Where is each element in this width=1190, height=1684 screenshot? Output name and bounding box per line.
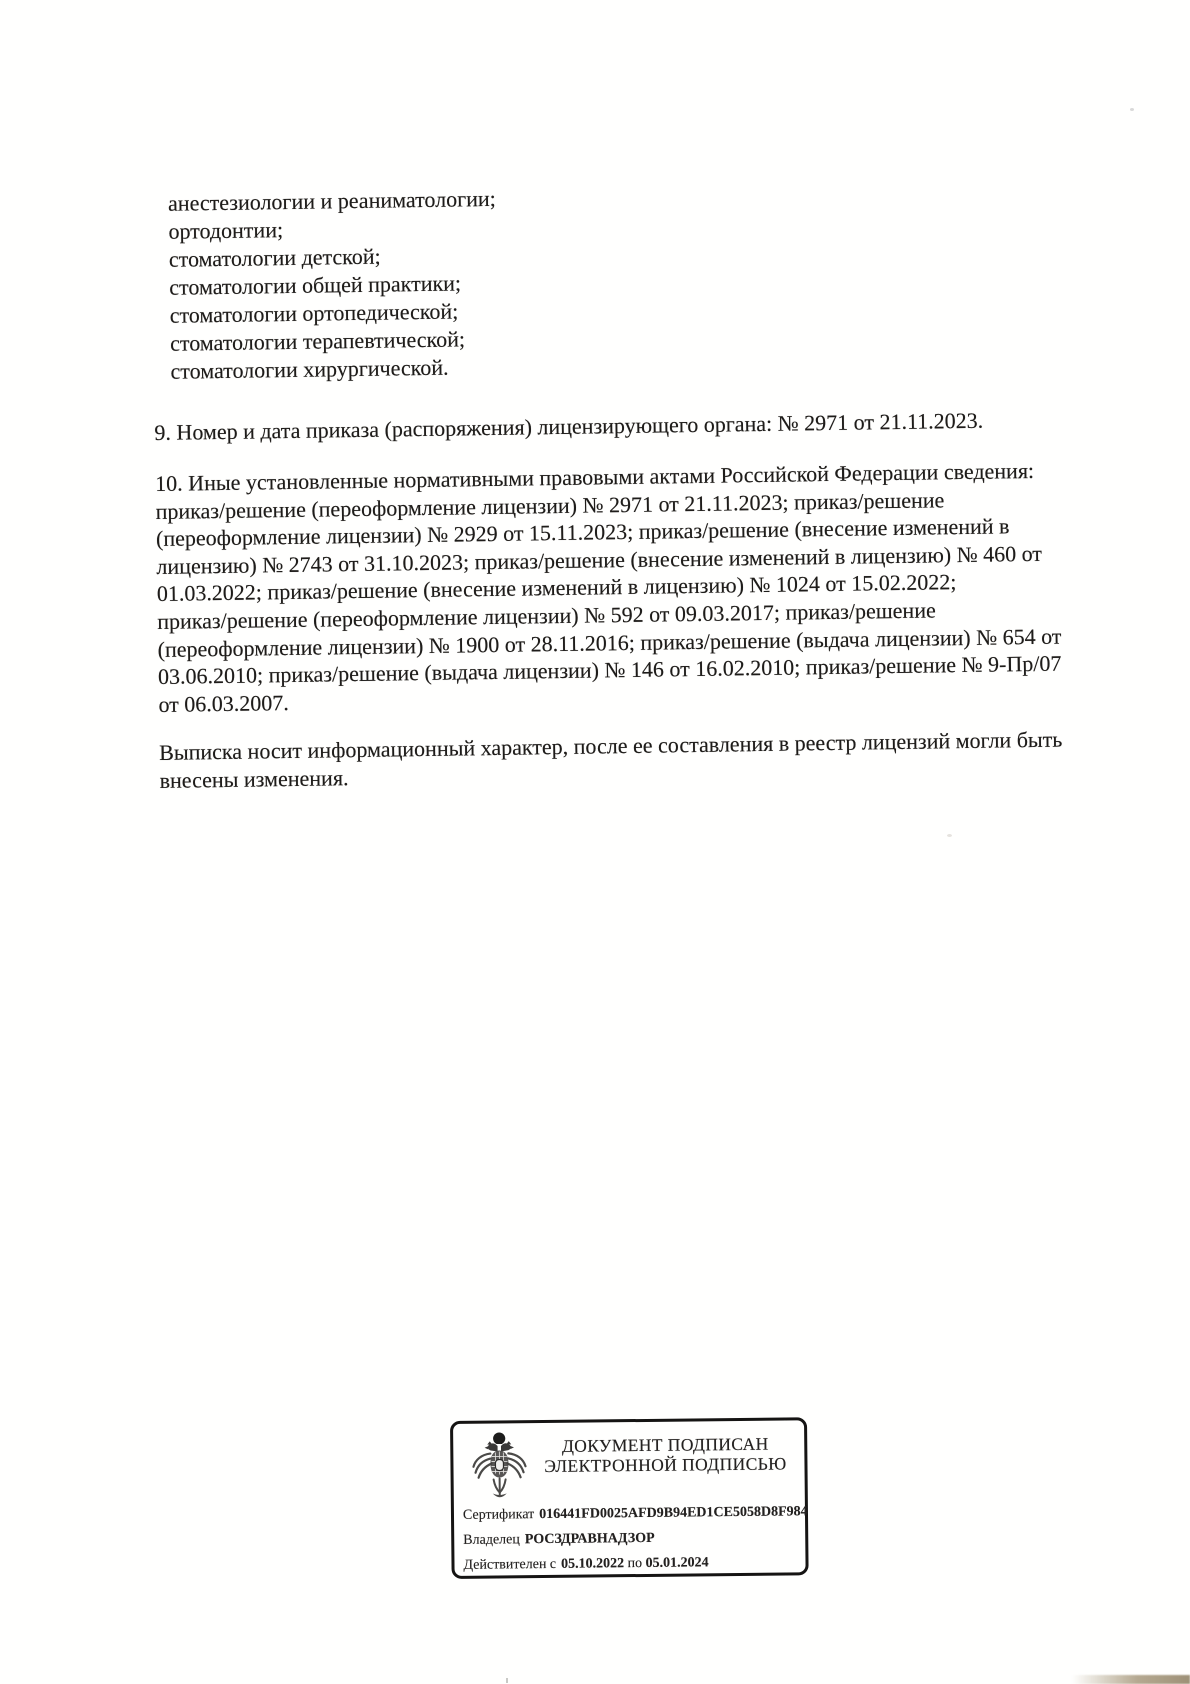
validity-middle: по <box>628 1556 643 1571</box>
certificate-label: Сертификат <box>463 1507 534 1523</box>
specialty-item: стоматологии хирургической. <box>170 353 498 386</box>
specialty-item: анестезиологии и реаниматологии; <box>168 185 496 218</box>
owner-value: РОСЗДРАВНАДЗОР <box>525 1531 655 1547</box>
clause-9-order-number: 9. Номер и дата приказа (распоряжения) л… <box>154 407 983 447</box>
stamp-info: Сертификат016441FD0025AFD9B94ED1CE5058D8… <box>463 1499 802 1578</box>
valid-to-date: 05.01.2024 <box>646 1556 709 1572</box>
clause-10-other-info: 10. Иные установленные нормативными прав… <box>155 457 1062 719</box>
scanned-license-extract-page: анестезиологии и реаниматологии;ортодонт… <box>0 0 1190 1684</box>
stamp-title-line-2: ЭЛЕКТРОННОЙ ПОДПИСЬЮ <box>531 1454 799 1476</box>
scan-smudge <box>1072 1675 1190 1684</box>
scan-speck <box>1130 108 1134 111</box>
coat-of-arms-icon <box>470 1431 529 1502</box>
validity-line: Действителен с05.10.2022 по 05.01.2024 <box>463 1550 801 1579</box>
owner-line: ВладелецРОСЗДРАВНАДЗОР <box>463 1525 801 1554</box>
scan-tick <box>506 1678 508 1683</box>
valid-from-date: 05.10.2022 <box>561 1557 624 1573</box>
informational-note: Выписка носит информационный характер, п… <box>159 726 1063 795</box>
digital-signature-stamp: ДОКУМЕНТ ПОДПИСАН ЭЛЕКТРОННОЙ ПОДПИСЬЮ С… <box>450 1417 809 1579</box>
specialty-item: стоматологии терапевтической; <box>170 325 498 358</box>
validity-prefix: Действителен с <box>463 1557 556 1573</box>
scan-speck <box>947 834 952 837</box>
stamp-title: ДОКУМЕНТ ПОДПИСАН ЭЛЕКТРОННОЙ ПОДПИСЬЮ <box>531 1434 799 1476</box>
certificate-value: 016441FD0025AFD9B94ED1CE5058D8F984 <box>539 1504 807 1522</box>
specialties-list: анестезиологии и реаниматологии;ортодонт… <box>168 185 499 386</box>
owner-label: Владелец <box>463 1532 520 1548</box>
certificate-line: Сертификат016441FD0025AFD9B94ED1CE5058D8… <box>463 1499 801 1528</box>
